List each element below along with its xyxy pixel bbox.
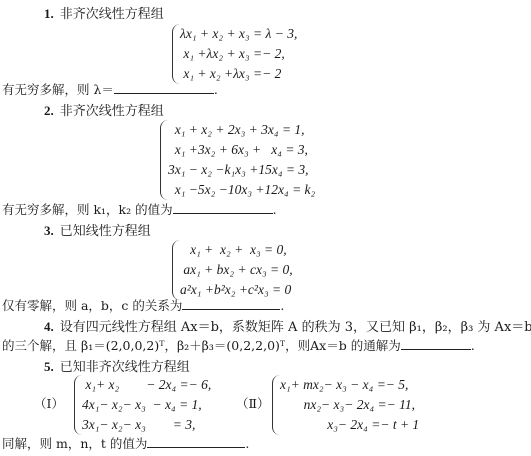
- question-3-title: 已知线性方程组: [60, 224, 151, 239]
- brace-icon: [160, 120, 169, 200]
- system-1-label: （Ⅰ）: [34, 394, 64, 412]
- equation-row: x₃− 2x₄ =− t + 1: [272, 415, 419, 435]
- question-5-heading: 5.已知非齐次线性方程组: [44, 356, 190, 375]
- period: .: [273, 202, 277, 217]
- question-3-system: x₁ + x₂ + x₃ = 0, ax₁ + bx₂ + cx₃ = 0, a…: [172, 240, 293, 300]
- equation-row: 3x₁ − x₂ −k₁x₃ +15x₄ = 3,: [160, 160, 315, 180]
- question-4-text: 设有四元线性方程组 Ax＝b，系数矩阵 A 的秩为 3，又已知 β₁，β₂，β₃…: [60, 320, 531, 335]
- question-5-number: 5.: [44, 359, 54, 374]
- question-1-system: λx₁ + x₂ + x₃ = λ − 3, x₁ +λx₂ + x₃ =− 2…: [172, 24, 297, 84]
- period: .: [245, 436, 249, 451]
- equation-row: 3x₁− x₂− x₃ = 3,: [74, 415, 211, 435]
- question-2-title: 非齐次线性方程组: [60, 104, 164, 119]
- conclusion-text: 仅有零解，则 a，b，c 的关系为: [2, 298, 182, 313]
- question-4-number: 4.: [44, 319, 54, 334]
- equation-row: x₁+ mx₂− x₃ − x₄ =− 5,: [272, 375, 419, 395]
- conclusion-text: 有无穷多解，则 λ＝: [2, 82, 114, 97]
- answer-blank[interactable]: [173, 202, 273, 214]
- system-2-label: （Ⅱ）: [236, 394, 270, 412]
- question-5-conclusion: 同解，则 m，n，t 的值为.: [2, 434, 249, 452]
- equation-row: x₁ +λx₂ + x₃ =− 2,: [172, 44, 297, 64]
- conclusion-text: 同解，则 m，n，t 的值为: [2, 436, 147, 451]
- question-5-title: 已知非齐次线性方程组: [60, 360, 190, 375]
- period: .: [280, 298, 284, 313]
- answer-blank[interactable]: [114, 82, 214, 94]
- conclusion-text: 有无穷多解，则 k₁，k₂ 的值为: [2, 202, 173, 217]
- question-4-line-1: 4.设有四元线性方程组 Ax＝b，系数矩阵 A 的秩为 3，又已知 β₁，β₂，…: [44, 316, 531, 335]
- period: .: [471, 338, 475, 353]
- question-3-heading: 3.已知线性方程组: [44, 220, 151, 239]
- question-3-number: 3.: [44, 223, 54, 238]
- question-1-title: 非齐次线性方程组: [60, 7, 164, 22]
- question-1-conclusion: 有无穷多解，则 λ＝.: [2, 80, 218, 98]
- equation-row: nx₂− x₃− 2x₄ =− 11,: [272, 395, 419, 415]
- brace-icon: [272, 375, 281, 435]
- question-2-conclusion: 有无穷多解，则 k₁，k₂ 的值为.: [2, 200, 277, 218]
- question-2-system: x₁ + x₂ + 2x₃ + 3x₄ = 1, x₁ +3x₂ + 6x₃ +…: [160, 120, 315, 200]
- brace-icon: [172, 24, 181, 84]
- equation-row: x₁ + x₂ + 2x₃ + 3x₄ = 1,: [160, 120, 315, 140]
- question-1-number: 1.: [44, 6, 54, 21]
- answer-blank[interactable]: [401, 338, 471, 350]
- equation-row: 4x₁− x₂− x₃ − x₄ = 1,: [74, 395, 211, 415]
- question-3-conclusion: 仅有零解，则 a，b，c 的关系为.: [2, 296, 284, 314]
- answer-blank[interactable]: [182, 298, 280, 310]
- question-2-heading: 2.非齐次线性方程组: [44, 100, 164, 119]
- question-4-text-cont: 的三个解，且 β₁＝(2,0,0,2)ᵀ，β₂＋β₃＝(0,2,2,0)ᵀ，则A…: [2, 338, 401, 353]
- question-2-number: 2.: [44, 103, 54, 118]
- equation-row: x₁ +3x₂ + 6x₃ + x₄ = 3,: [160, 140, 315, 160]
- question-5-system-1: x₁+ x₂ − 2x₄ =− 6, 4x₁− x₂− x₃ − x₄ = 1,…: [74, 375, 211, 435]
- equation-row: x₁ −5x₂ −10x₃ +12x₄ = k₂: [160, 180, 315, 200]
- equation-row: x₁ + x₂ + x₃ = 0,: [172, 240, 293, 260]
- brace-icon: [74, 375, 83, 435]
- question-4-line-2: 的三个解，且 β₁＝(2,0,0,2)ᵀ，β₂＋β₃＝(0,2,2,0)ᵀ，则A…: [2, 336, 475, 354]
- equation-row: x₁+ x₂ − 2x₄ =− 6,: [74, 375, 211, 395]
- equation-row: λx₁ + x₂ + x₃ = λ − 3,: [172, 24, 297, 44]
- question-5-system-2: x₁+ mx₂− x₃ − x₄ =− 5, nx₂− x₃− 2x₄ =− 1…: [272, 375, 419, 435]
- equation-row: ax₁ + bx₂ + cx₃ = 0,: [172, 260, 293, 280]
- question-1-heading: 1.非齐次线性方程组: [44, 3, 164, 22]
- answer-blank[interactable]: [147, 436, 245, 448]
- brace-icon: [172, 240, 181, 300]
- period: .: [214, 82, 218, 97]
